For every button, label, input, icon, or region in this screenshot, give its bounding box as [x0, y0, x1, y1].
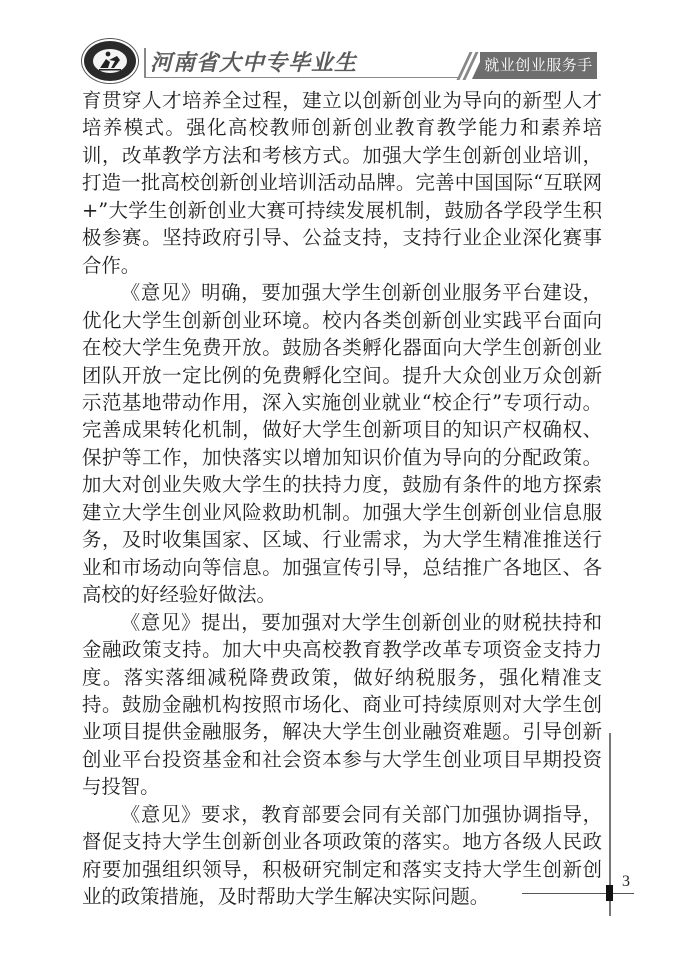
- page-header: 河南省大中专毕业生 就业创业服务手册: [0, 0, 679, 90]
- header-rule: [144, 77, 459, 78]
- school-emblem-icon: [84, 41, 136, 81]
- paragraph: 《意见》要求，教育部要会同有关部门加强协调指导，督促支持大学生创新创业各项政策的…: [82, 801, 602, 911]
- page-marker: [606, 885, 613, 901]
- header-divider: [144, 48, 146, 77]
- page-number: 3: [622, 873, 630, 891]
- handbook-badge: 就业创业服务手册: [480, 52, 597, 79]
- emblem-figure-icon: [97, 50, 123, 72]
- paragraph: 育贯穿人才培养全过程，建立以创新创业为导向的新型人才培养模式。强化高校教师创新创…: [82, 87, 602, 279]
- header-title: 河南省大中专毕业生: [150, 46, 357, 77]
- paragraph: 《意见》提出，要加强对大学生创新创业的财税扶持和金融政策支持。加大中央高校教育教…: [82, 609, 602, 801]
- footer-horizontal-rule: [522, 893, 634, 894]
- body-text: 育贯穿人才培养全过程，建立以创新创业为导向的新型人才培养模式。强化高校教师创新创…: [82, 87, 602, 911]
- paragraph: 《意见》明确，要加强大学生创新创业服务平台建设，优化大学生创新创业环境。校内各类…: [82, 279, 602, 608]
